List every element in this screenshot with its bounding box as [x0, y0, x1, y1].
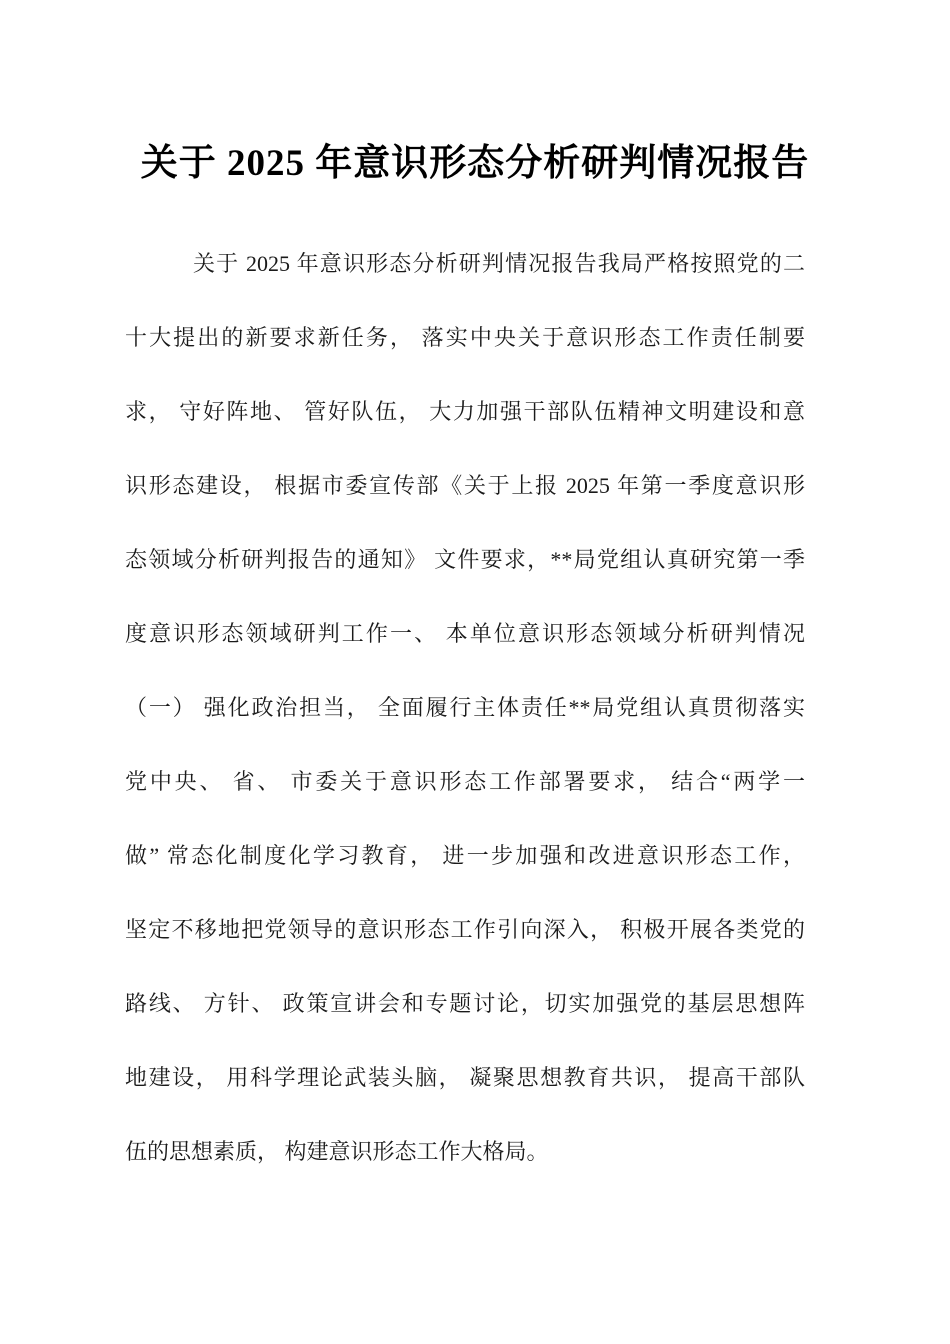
body-line-8: 党中央、 省、 市委关于意识形态工作部署要求， 结合“两学一 [125, 745, 805, 819]
document-body: 关于 2025 年意识形态分析研判情况报告我局严格按照党的二 十大提出的新要求新… [125, 227, 805, 1189]
body-line-10: 坚定不移地把党领导的意识形态工作引向深入， 积极开展各类党的 [125, 893, 805, 967]
body-line-6: 度意识形态领域研判工作一、 本单位意识形态领域分析研判情况 [125, 597, 805, 671]
body-line-4: 识形态建设， 根据市委宣传部《关于上报 2025 年第一季度意识形 [125, 449, 805, 523]
body-line-3: 求， 守好阵地、 管好队伍， 大力加强干部队伍精神文明建设和意 [125, 375, 805, 449]
body-line-1: 关于 2025 年意识形态分析研判情况报告我局严格按照党的二 [125, 227, 805, 301]
body-line-9: 做” 常态化制度化学习教育， 进一步加强和改进意识形态工作， [125, 819, 805, 893]
body-line-11: 路线、 方针、 政策宣讲会和专题讨论，切实加强党的基层思想阵 [125, 967, 805, 1041]
document-title: 关于 2025 年意识形态分析研判情况报告 [0, 0, 950, 187]
body-line-7: （一） 强化政治担当， 全面履行主体责任**局党组认真贯彻落实 [125, 671, 805, 745]
body-line-5: 态领域分析研判报告的通知》 文件要求，**局党组认真研究第一季 [125, 523, 805, 597]
body-line-13: 伍的思想素质， 构建意识形态工作大格局。 [125, 1115, 805, 1189]
body-line-12: 地建设， 用科学理论武装头脑， 凝聚思想教育共识， 提高干部队 [125, 1041, 805, 1115]
document-page: 关于 2025 年意识形态分析研判情况报告 关于 2025 年意识形态分析研判情… [0, 0, 950, 1344]
body-line-2: 十大提出的新要求新任务， 落实中央关于意识形态工作责任制要 [125, 301, 805, 375]
